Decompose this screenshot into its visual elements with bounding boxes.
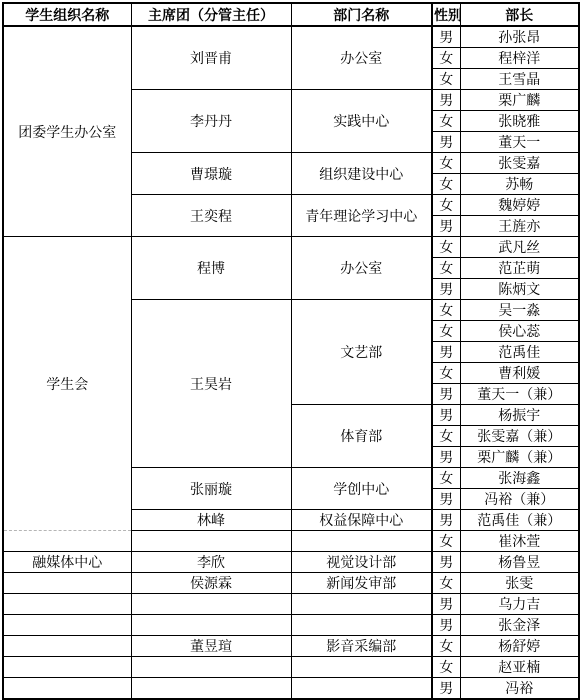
cell-gender: 男 (432, 615, 460, 636)
cell-head: 王雪晶 (460, 69, 579, 90)
cell-org: 融媒体中心 (3, 552, 131, 573)
column-header-head: 部长 (460, 3, 579, 26)
table-row: 男张金泽 (3, 615, 579, 636)
column-header-gender: 性别 (432, 3, 460, 26)
cell-org (3, 615, 131, 636)
cell-head: 曹利媛 (460, 363, 579, 384)
cell-org: 学生会 (3, 237, 131, 531)
table-header: 学生组织名称主席团（分管主任）部门名称性别部长 (3, 3, 579, 26)
cell-head: 张晓雅 (460, 111, 579, 132)
cell-head: 苏畅 (460, 174, 579, 195)
cell-head: 张海鑫 (460, 468, 579, 489)
cell-gender: 女 (432, 573, 460, 594)
cell-head: 吴一淼 (460, 300, 579, 321)
cell-president (131, 678, 291, 700)
cell-president: 程博 (131, 237, 291, 300)
cell-head: 栗广麟（兼） (460, 447, 579, 468)
cell-president: 林峰 (131, 510, 291, 531)
cell-dept: 办公室 (291, 26, 432, 90)
cell-head: 武凡丝 (460, 237, 579, 258)
cell-dept: 青年理论学习中心 (291, 195, 432, 237)
cell-gender: 女 (432, 531, 460, 552)
cell-gender: 女 (432, 48, 460, 69)
cell-gender: 男 (432, 552, 460, 573)
cell-head: 杨舒婷 (460, 636, 579, 657)
cell-dept: 新闻发审部 (291, 573, 432, 594)
cell-gender: 男 (432, 405, 460, 426)
header-row: 学生组织名称主席团（分管主任）部门名称性别部长 (3, 3, 579, 26)
cell-head: 张雯嘉 (460, 153, 579, 174)
table-row: 女赵亚楠 (3, 657, 579, 678)
cell-dept (291, 615, 432, 636)
cell-president: 刘晋甫 (131, 26, 291, 90)
column-header-dept: 部门名称 (291, 3, 432, 26)
cell-gender: 男 (432, 384, 460, 405)
cell-president (131, 531, 291, 552)
cell-gender: 女 (432, 237, 460, 258)
column-header-org: 学生组织名称 (3, 3, 131, 26)
cell-president: 董昱瑄 (131, 636, 291, 657)
cell-president (131, 594, 291, 615)
cell-president: 王奕程 (131, 195, 291, 237)
student-org-roster-table: 学生组织名称主席团（分管主任）部门名称性别部长 团委学生办公室刘晋甫办公室男孙张… (2, 2, 580, 700)
cell-head: 杨振宇 (460, 405, 579, 426)
cell-head: 赵亚楠 (460, 657, 579, 678)
cell-dept: 文艺部 (291, 300, 432, 405)
cell-president: 李丹丹 (131, 90, 291, 153)
cell-dept (291, 678, 432, 700)
cell-gender: 男 (432, 26, 460, 48)
cell-head: 范禹佳 (460, 342, 579, 363)
cell-head: 乌力吉 (460, 594, 579, 615)
cell-gender: 女 (432, 300, 460, 321)
cell-head: 魏婷婷 (460, 195, 579, 216)
cell-president: 曹璟璇 (131, 153, 291, 195)
cell-dept: 学创中心 (291, 468, 432, 510)
cell-gender: 男 (432, 342, 460, 363)
column-header-president: 主席团（分管主任） (131, 3, 291, 26)
cell-gender: 男 (432, 90, 460, 111)
cell-gender: 女 (432, 468, 460, 489)
cell-org (3, 594, 131, 615)
table-row: 男乌力吉 (3, 594, 579, 615)
cell-head: 张雯 (460, 573, 579, 594)
table-row: 董昱瑄影音采编部女杨舒婷 (3, 636, 579, 657)
table-row: 学生会程博办公室女武凡丝 (3, 237, 579, 258)
document-page: 学生组织名称主席团（分管主任）部门名称性别部长 团委学生办公室刘晋甫办公室男孙张… (0, 0, 580, 674)
cell-head: 范芷萌 (460, 258, 579, 279)
table-body: 团委学生办公室刘晋甫办公室男孙张昂女程梓洋女王雪晶李丹丹实践中心男栗广麟女张晓雅… (3, 26, 579, 699)
cell-head: 冯裕（兼） (460, 489, 579, 510)
cell-head: 陈炳文 (460, 279, 579, 300)
cell-dept (291, 531, 432, 552)
cell-org: 团委学生办公室 (3, 26, 131, 237)
cell-gender: 男 (432, 132, 460, 153)
cell-gender: 男 (432, 510, 460, 531)
cell-head: 范禹佳（兼） (460, 510, 579, 531)
table-row: 团委学生办公室刘晋甫办公室男孙张昂 (3, 26, 579, 48)
cell-dept: 视觉设计部 (291, 552, 432, 573)
cell-gender: 女 (432, 426, 460, 447)
cell-gender: 男 (432, 447, 460, 468)
table-row: 融媒体中心李欣视觉设计部男杨鲁昱 (3, 552, 579, 573)
cell-president: 李欣 (131, 552, 291, 573)
cell-head: 栗广麟 (460, 90, 579, 111)
cell-dept: 组织建设中心 (291, 153, 432, 195)
cell-head: 张金泽 (460, 615, 579, 636)
cell-org (3, 573, 131, 594)
cell-org (3, 531, 131, 552)
cell-gender: 男 (432, 279, 460, 300)
cell-dept (291, 594, 432, 615)
table-row: 女崔沐萱 (3, 531, 579, 552)
cell-dept: 体育部 (291, 405, 432, 468)
cell-head: 张雯嘉（兼） (460, 426, 579, 447)
cell-dept: 权益保障中心 (291, 510, 432, 531)
cell-gender: 女 (432, 153, 460, 174)
cell-gender: 女 (432, 195, 460, 216)
cell-gender: 女 (432, 69, 460, 90)
cell-head: 董天一（兼） (460, 384, 579, 405)
cell-dept: 办公室 (291, 237, 432, 300)
cell-gender: 女 (432, 321, 460, 342)
cell-president (131, 657, 291, 678)
table-row: 侯源霖新闻发审部女张雯 (3, 573, 579, 594)
cell-head: 冯裕 (460, 678, 579, 700)
table-row: 男冯裕 (3, 678, 579, 700)
cell-head: 孙张昂 (460, 26, 579, 48)
cell-president: 张丽璇 (131, 468, 291, 510)
cell-gender: 男 (432, 489, 460, 510)
cell-gender: 男 (432, 594, 460, 615)
cell-head: 侯心蕊 (460, 321, 579, 342)
cell-gender: 女 (432, 258, 460, 279)
cell-dept: 影音采编部 (291, 636, 432, 657)
cell-president: 王昊岩 (131, 300, 291, 468)
cell-gender: 男 (432, 678, 460, 700)
cell-org (3, 678, 131, 700)
cell-president: 侯源霖 (131, 573, 291, 594)
cell-org (3, 636, 131, 657)
cell-head: 董天一 (460, 132, 579, 153)
cell-head: 王旌亦 (460, 216, 579, 237)
cell-head: 杨鲁昱 (460, 552, 579, 573)
cell-head: 崔沐萱 (460, 531, 579, 552)
cell-gender: 男 (432, 216, 460, 237)
cell-gender: 女 (432, 636, 460, 657)
cell-president (131, 615, 291, 636)
cell-head: 程梓洋 (460, 48, 579, 69)
cell-gender: 女 (432, 657, 460, 678)
cell-gender: 女 (432, 363, 460, 384)
cell-gender: 女 (432, 174, 460, 195)
cell-dept (291, 657, 432, 678)
cell-org (3, 657, 131, 678)
cell-gender: 女 (432, 111, 460, 132)
cell-dept: 实践中心 (291, 90, 432, 153)
